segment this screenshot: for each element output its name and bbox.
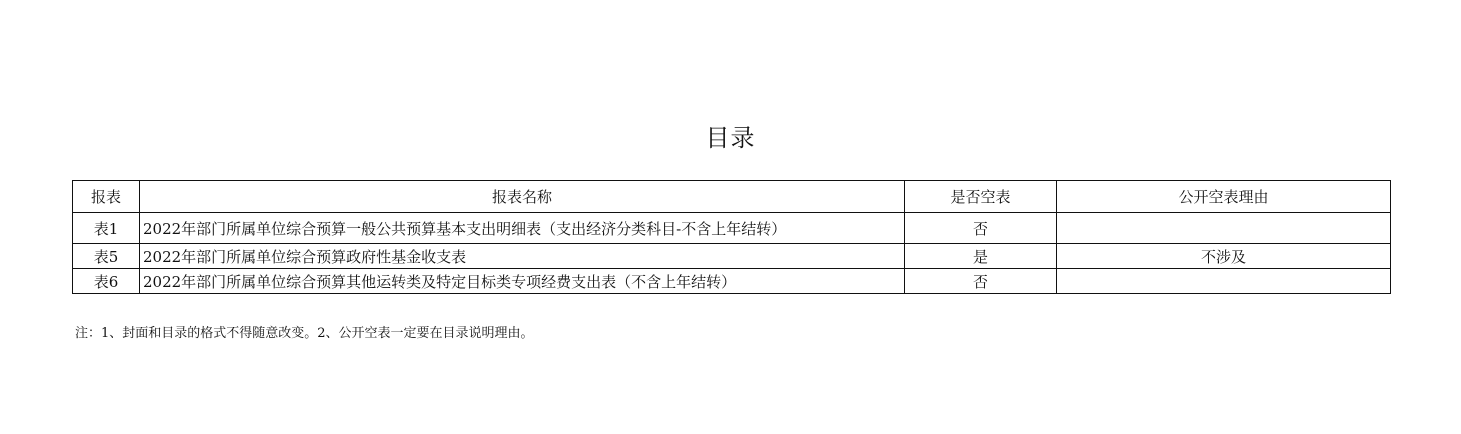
header-report-name: 报表名称 xyxy=(140,181,905,213)
empty-reason: 不涉及 xyxy=(1057,244,1391,269)
header-is-empty: 是否空表 xyxy=(905,181,1057,213)
page-title: 目录 xyxy=(0,118,1461,153)
footnote: 注：1、封面和目录的格式不得随意改变。2、公开空表一定要在目录说明理由。 xyxy=(75,322,534,341)
report-name: 2022年部门所属单位综合预算一般公共预算基本支出明细表（支出经济分类科目-不含… xyxy=(140,213,905,244)
is-empty: 否 xyxy=(905,269,1057,294)
is-empty: 是 xyxy=(905,244,1057,269)
table-row: 表5 2022年部门所属单位综合预算政府性基金收支表 是 不涉及 xyxy=(73,244,1391,269)
header-report-id: 报表 xyxy=(73,181,140,213)
is-empty: 否 xyxy=(905,213,1057,244)
header-empty-reason: 公开空表理由 xyxy=(1057,181,1391,213)
table-row: 表6 2022年部门所属单位综合预算其他运转类及特定目标类专项经费支出表（不含上… xyxy=(73,269,1391,294)
empty-reason xyxy=(1057,269,1391,294)
catalog-table: 报表 报表名称 是否空表 公开空表理由 表1 2022年部门所属单位综合预算一般… xyxy=(72,180,1391,294)
report-name: 2022年部门所属单位综合预算其他运转类及特定目标类专项经费支出表（不含上年结转… xyxy=(140,269,905,294)
report-name: 2022年部门所属单位综合预算政府性基金收支表 xyxy=(140,244,905,269)
report-id: 表5 xyxy=(73,244,140,269)
empty-reason xyxy=(1057,213,1391,244)
report-id: 表1 xyxy=(73,213,140,244)
table-row: 表1 2022年部门所属单位综合预算一般公共预算基本支出明细表（支出经济分类科目… xyxy=(73,213,1391,244)
table-header-row: 报表 报表名称 是否空表 公开空表理由 xyxy=(73,181,1391,213)
report-id: 表6 xyxy=(73,269,140,294)
